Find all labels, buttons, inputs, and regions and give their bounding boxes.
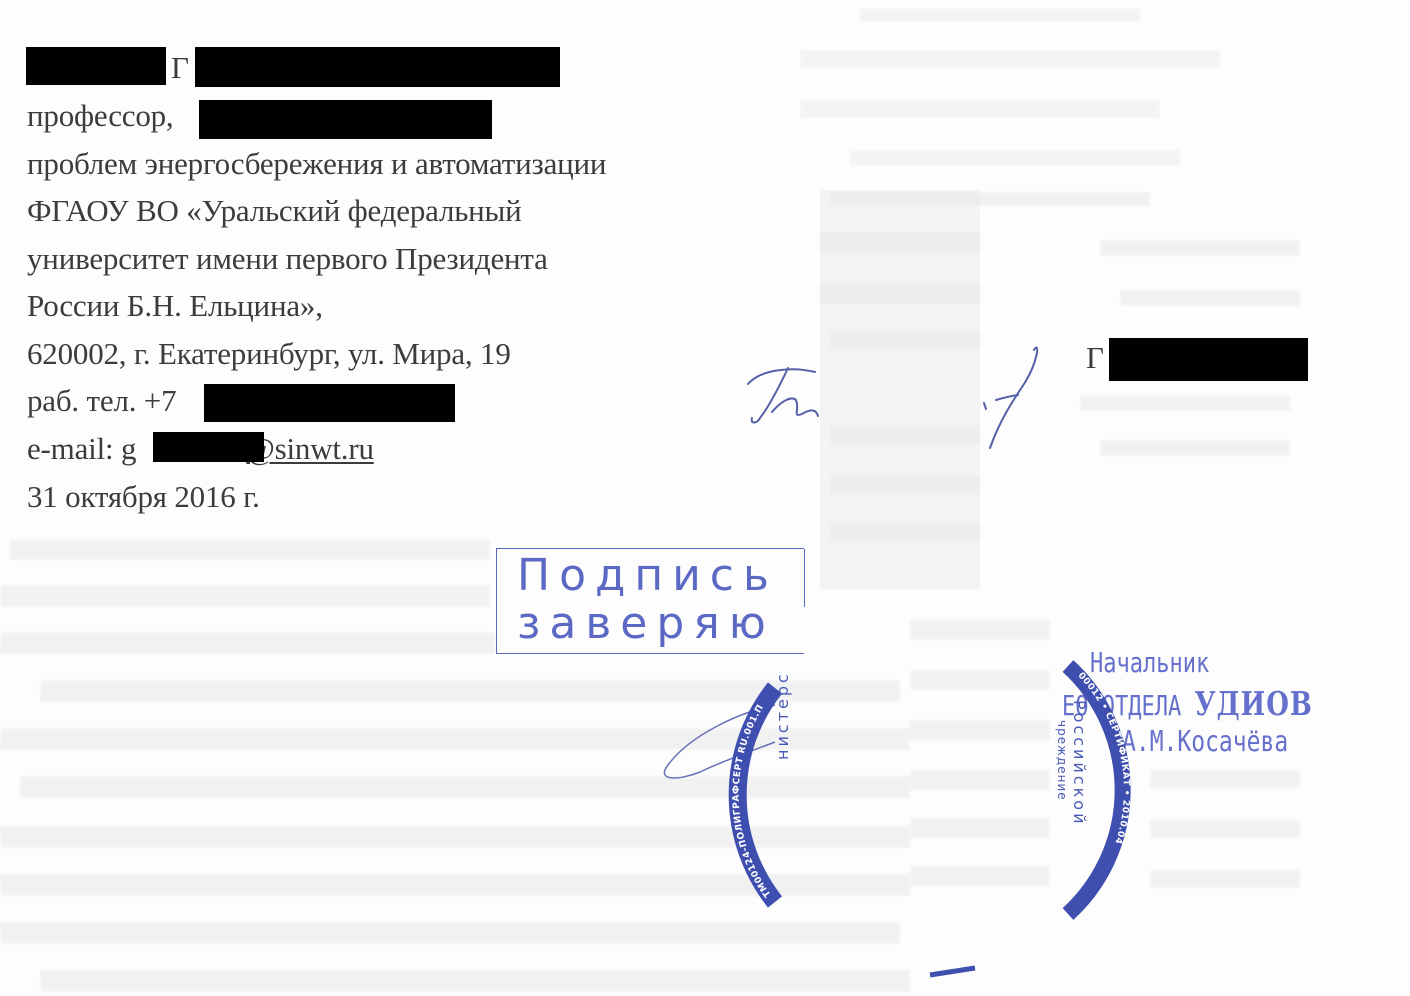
- show-through-line: [830, 475, 980, 495]
- show-through-line: [830, 330, 980, 350]
- rank-stamp-line-3: А.М.Косачёва: [1122, 726, 1288, 759]
- seal-right-inner-text-2: чреждение: [1055, 720, 1069, 801]
- show-through-line: [0, 922, 900, 944]
- email-domain: @sinwt.ru: [246, 431, 374, 466]
- show-through-line: [0, 585, 490, 607]
- show-through-line: [910, 818, 1050, 838]
- stamp-line-1: Подпись: [517, 553, 778, 599]
- redaction-surname: [26, 47, 166, 85]
- stamp-box-edge: [804, 549, 806, 607]
- signer-initial-letter: Г: [1086, 340, 1104, 376]
- rank-stamp-line-2-text: О ОТДЕЛА: [1075, 691, 1181, 722]
- phone-label: раб. тел. +7: [27, 383, 176, 418]
- show-through-line: [0, 728, 910, 750]
- show-through-line: [40, 680, 900, 702]
- redaction-phone-number: [204, 384, 455, 422]
- show-through-line: [830, 425, 980, 445]
- redaction-email-local-part: [153, 432, 264, 462]
- stamp-fragment: [930, 968, 975, 975]
- show-through-line: [40, 970, 910, 992]
- show-through-line: [860, 8, 1140, 22]
- email-start: g: [121, 431, 136, 466]
- rank-stamp-line-1: Начальник: [1090, 648, 1209, 679]
- redaction-signer-name: [1109, 338, 1308, 381]
- show-through-line: [0, 874, 910, 896]
- rank-stamp-line-2-suffix: УДИОВ: [1194, 686, 1312, 724]
- show-through-line: [20, 776, 910, 798]
- show-through-line: [0, 632, 495, 654]
- redaction-department: [199, 100, 492, 139]
- show-through-line: [0, 826, 910, 848]
- show-through-line: [1100, 440, 1290, 456]
- show-through-line: [800, 50, 1220, 68]
- show-through-line: [910, 866, 1050, 886]
- show-through-line: [850, 150, 1180, 166]
- show-through-line: [10, 540, 490, 560]
- stamp-line-2: заверяю: [517, 601, 775, 647]
- email-label: e-mail:: [27, 431, 121, 466]
- show-through-line: [1150, 870, 1300, 888]
- certify-signature-stamp: Подпись заверяю: [496, 548, 804, 654]
- show-through-line: [820, 232, 980, 254]
- rank-stamp-line-2-prefix: Е: [1062, 691, 1075, 722]
- show-through-line: [1080, 395, 1290, 411]
- show-through-line: [910, 770, 1050, 790]
- show-through-line: [1100, 240, 1300, 256]
- show-through-line: [1150, 770, 1300, 788]
- signing-date: 31 октября 2016 г.: [27, 479, 260, 515]
- redaction-full-name: [195, 47, 560, 87]
- show-through-line: [820, 282, 980, 304]
- org-line-4: России Б.Н. Ельцина»,: [27, 288, 323, 324]
- org-line-1: проблем энергосбережения и автоматизации: [27, 146, 606, 182]
- name-initial-letter: Г: [171, 50, 189, 86]
- rank-stamp-line-2: ЕО ОТДЕЛА УДИОВ: [1062, 686, 1313, 724]
- show-through-line: [1150, 820, 1300, 838]
- work-phone: раб. тел. +7: [27, 383, 176, 419]
- postal-address: 620002, г. Екатеринбург, ул. Мира, 19: [27, 336, 511, 372]
- author-position: профессор,: [27, 98, 173, 134]
- show-through-line: [830, 522, 980, 542]
- show-through-line: [910, 720, 1050, 740]
- show-through-line: [910, 670, 1050, 690]
- position-text: профессор,: [27, 98, 173, 133]
- show-through-line: [800, 100, 1160, 118]
- org-line-3: университет имени первого Президента: [27, 241, 548, 277]
- show-through-line: [1120, 290, 1300, 306]
- org-line-2: ФГАОУ ВО «Уральский федеральный: [27, 193, 522, 229]
- show-through-line: [830, 192, 1150, 206]
- show-through-line: [910, 620, 1050, 640]
